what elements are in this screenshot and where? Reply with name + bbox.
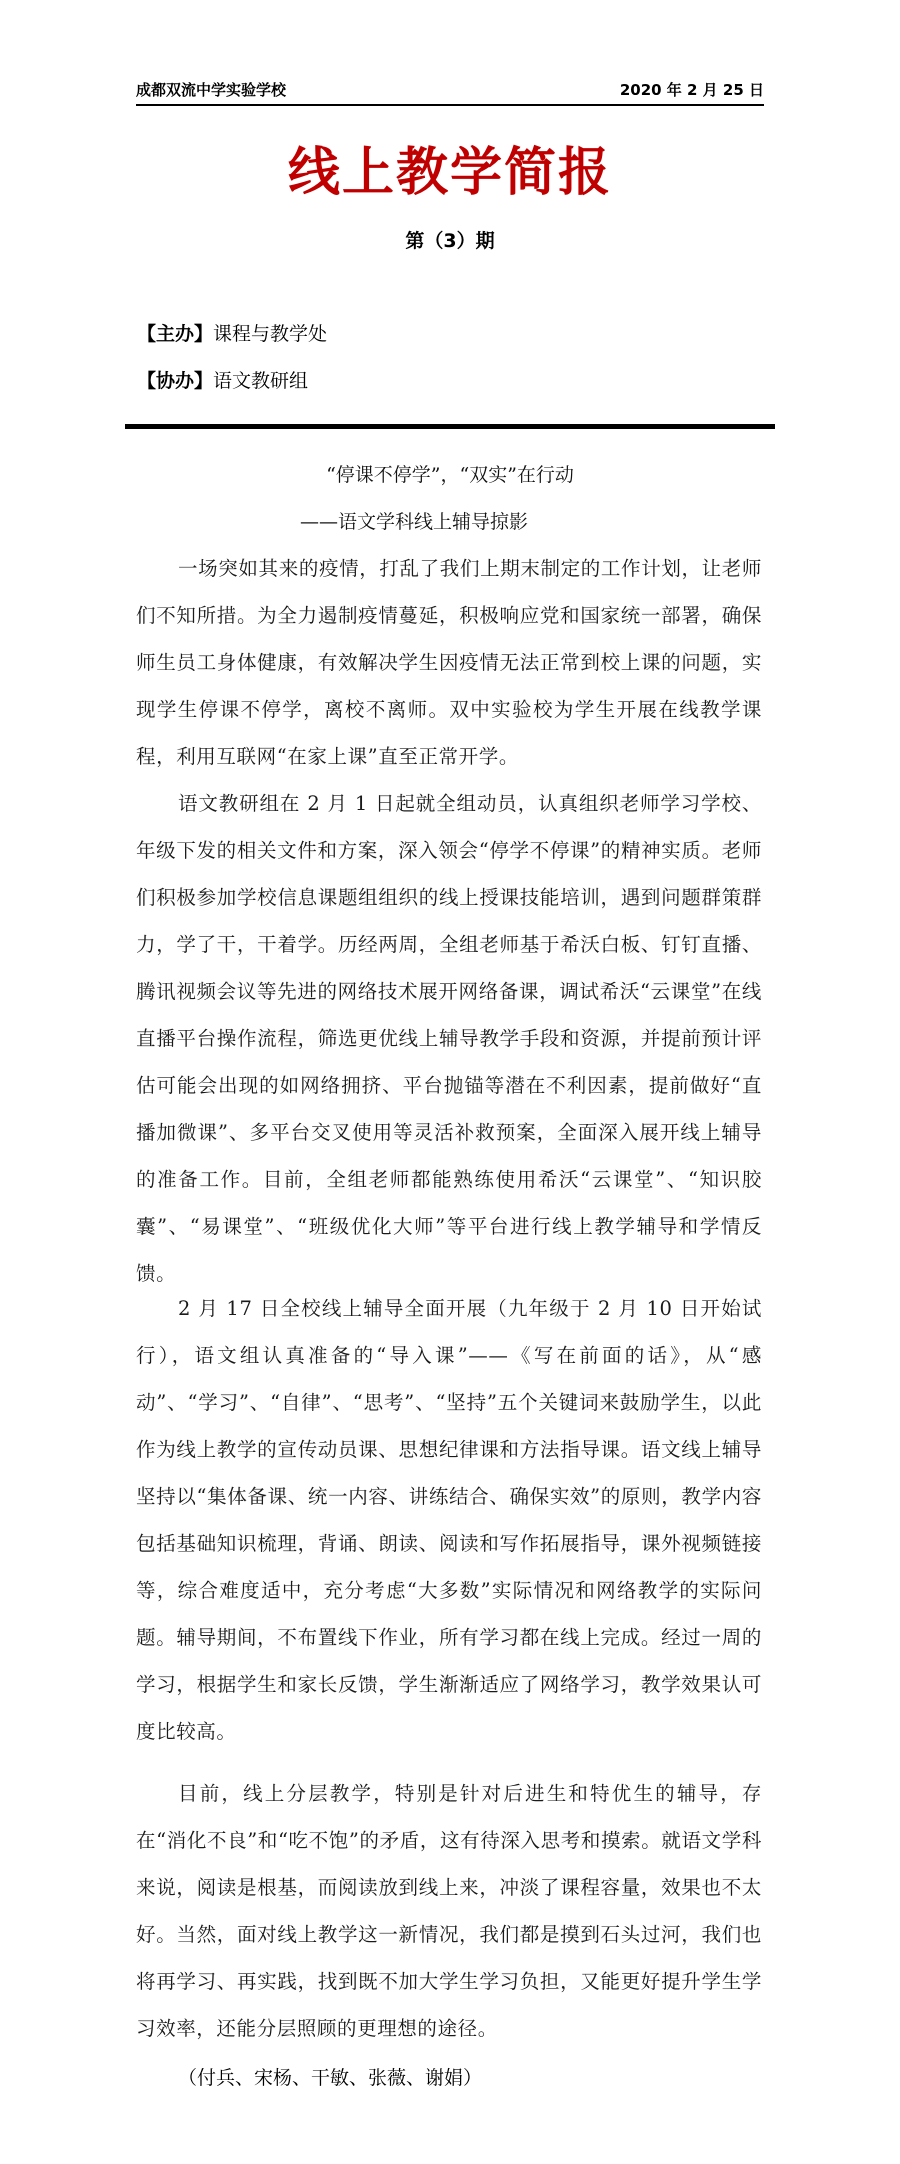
co-host-label: 【协办】 <box>137 370 213 392</box>
host-label: 【主办】 <box>137 323 213 345</box>
article-paragraph: 2 月 17 日全校线上辅导全面开展（九年级于 2 月 10 日开始试行），语文… <box>136 1285 762 1755</box>
co-host-line: 【协办】语文教研组 <box>137 368 308 394</box>
article-paragraph: 一场突如其来的疫情，打乱了我们上期末制定的工作计划，让老师们不知所措。为全力遏制… <box>136 545 762 780</box>
bulletin-title: 线上教学简报 <box>0 138 900 208</box>
article-paragraph: 目前，线上分层教学，特别是针对后进生和特优生的辅导，存在“消化不良”和“吃不饱”… <box>136 1770 762 2052</box>
host-value: 课程与教学处 <box>213 323 327 345</box>
co-host-value: 语文教研组 <box>213 370 308 392</box>
school-name: 成都双流中学实验学校 <box>136 80 286 100</box>
header-divider <box>136 104 764 106</box>
host-line: 【主办】课程与教学处 <box>137 321 327 347</box>
publish-date: 2020 年 2 月 25 日 <box>620 80 764 100</box>
article-subtitle: ——语文学科线上辅导掠影 <box>300 509 528 535</box>
article-paragraph: 语文教研组在 2 月 1 日起就全组动员，认真组织老师学习学校、年级下发的相关文… <box>136 780 762 1297</box>
article-title: “停课不停学”，“双实”在行动 <box>0 462 900 488</box>
issue-number: 第（3）期 <box>0 228 900 254</box>
article-authors: （付兵、宋杨、干敏、张薇、谢娟） <box>178 2065 482 2091</box>
section-divider <box>125 424 775 429</box>
